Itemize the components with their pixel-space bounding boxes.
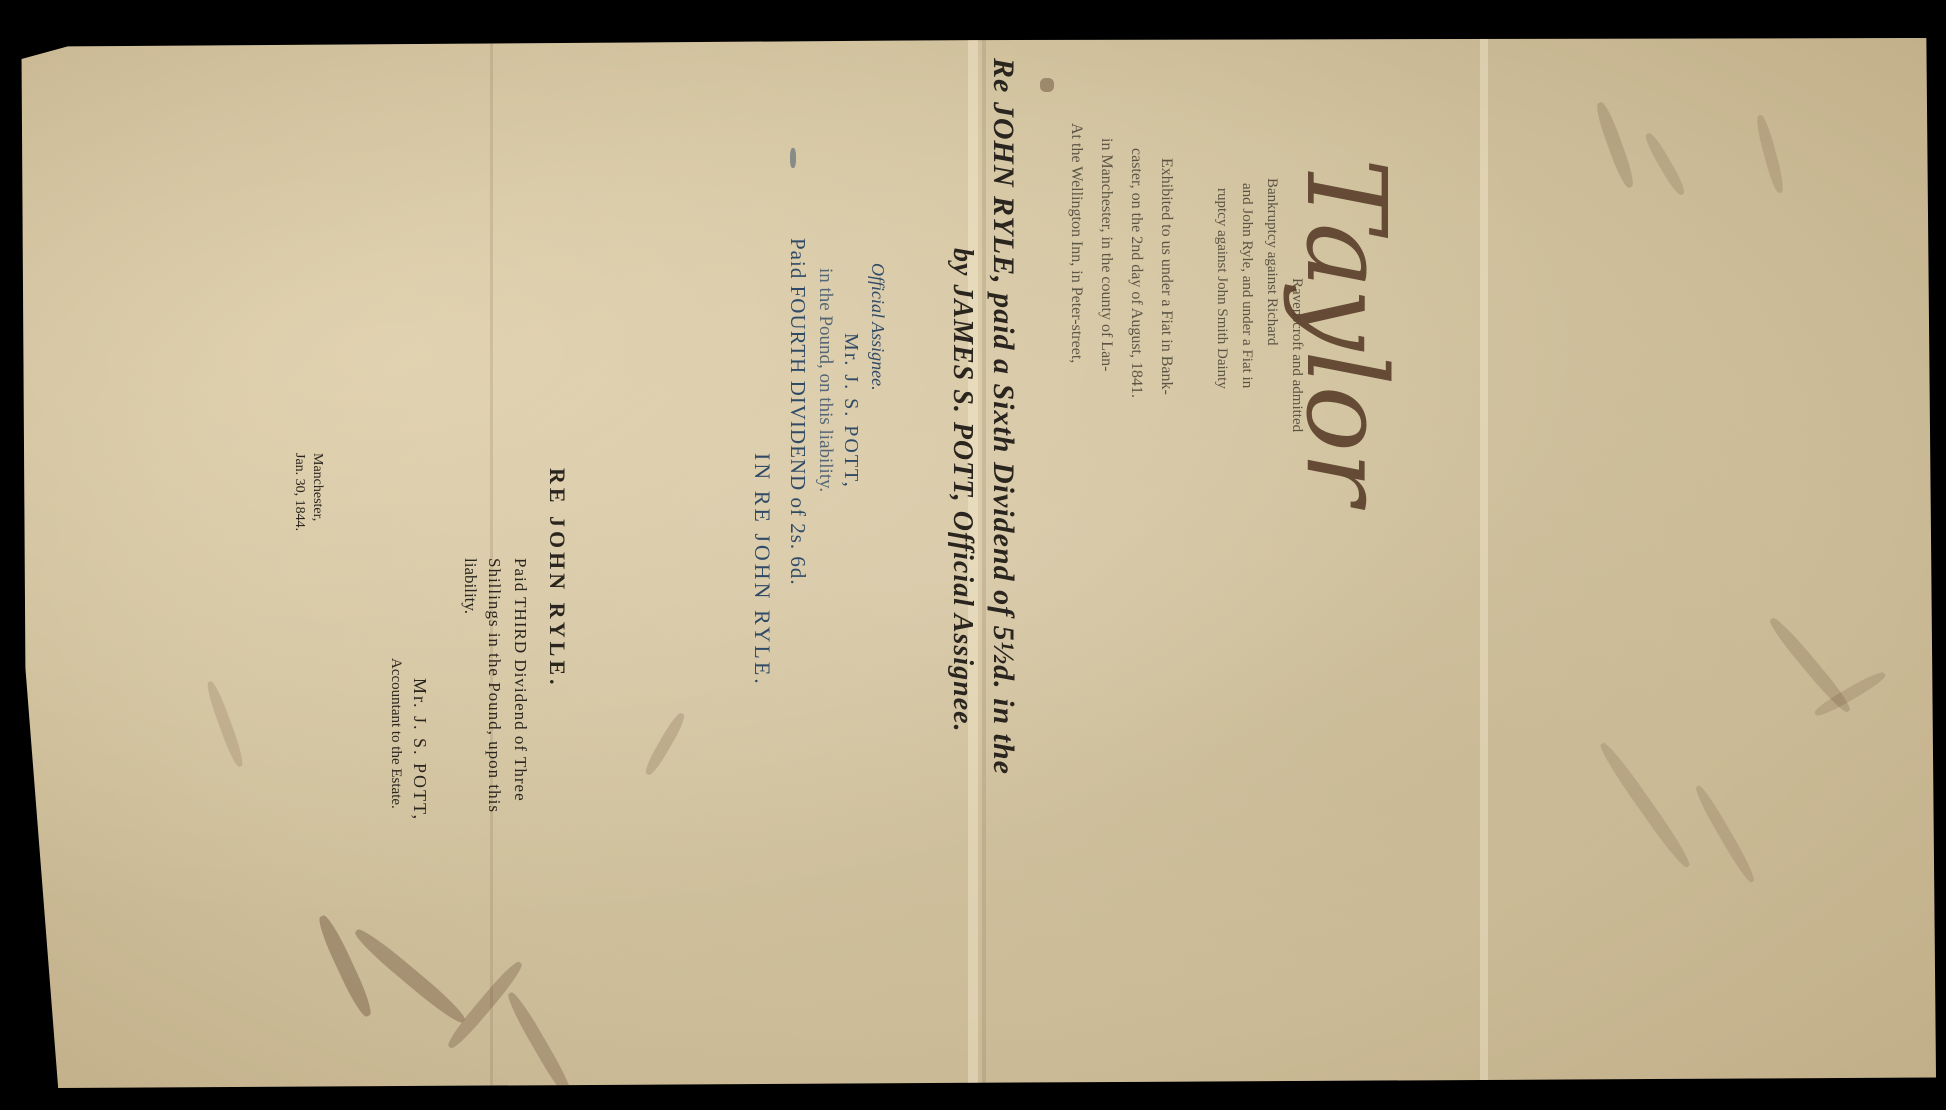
notice-line: Bankruptcy against Richard <box>1263 178 1280 345</box>
stamp-date: Jan. 30, 1844. <box>291 453 307 531</box>
stamp-heading: IN RE JOHN RYLE. <box>749 453 775 687</box>
stamp-place: Manchester, <box>309 453 325 521</box>
notice-line: Exhibited to us under a Fiat in Bank- <box>1157 158 1175 395</box>
stamp-line: Paid THIRD Dividend of Three <box>510 558 530 802</box>
notice-line: caster, on the 2nd day of August, 1841. <box>1127 148 1145 398</box>
stamp-signatory-title: Accountant to the Estate. <box>387 658 404 809</box>
stamp-signatory: Mr. J. S. POTT, <box>409 678 430 821</box>
stamp-line: Paid FOURTH DIVIDEND of 2s. 6d. <box>785 238 810 586</box>
stamp-line: Re JOHN RYLE, paid a Sixth Dividend of 5… <box>986 58 1020 775</box>
fold-crease <box>1480 38 1488 1088</box>
document-paper: RE JOHN RYLE. Paid THIRD Dividend of Thr… <box>10 38 1936 1088</box>
stamp-line: liability. <box>460 558 480 614</box>
notice-line: At the Wellington Inn, in Peter-street, <box>1067 123 1085 363</box>
handwritten-signature: Taylor <box>1282 158 1410 505</box>
stamp-signatory: Mr. J. S. POTT, <box>839 333 862 489</box>
notice-line: ruptcy against John Smith Dainty <box>1213 188 1230 389</box>
stamp-line: Shillings in the Pound, upon this <box>484 558 504 813</box>
stamp-line: in the Pound, on this liability. <box>814 268 836 492</box>
stamp-heading: RE JOHN RYLE. <box>544 468 570 689</box>
notice-line: and John Ryle, and under a Fiat in <box>1238 183 1255 388</box>
stamp-line: by JAMES S. POTT, Official Assignee. <box>946 248 978 733</box>
stamp-signatory-title: Official Assignee. <box>867 263 888 391</box>
notice-line: in Manchester, in the county of Lan- <box>1097 138 1115 372</box>
